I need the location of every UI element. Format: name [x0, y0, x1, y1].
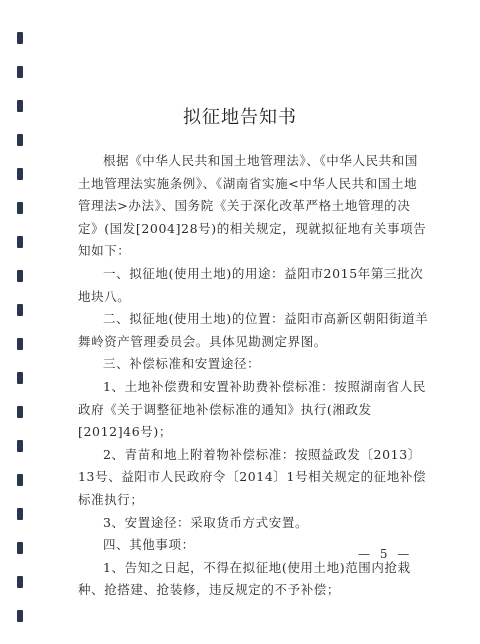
- binding-mark: [17, 474, 23, 486]
- document-body: 根据《中华人民共和国土地管理法》、《中华人民共和国土地管理法实施条例》、《湖南省…: [78, 150, 430, 602]
- binding-mark: [17, 508, 23, 520]
- paragraph-legal-basis: 根据《中华人民共和国土地管理法》、《中华人民共和国土地管理法实施条例》、《湖南省…: [78, 150, 430, 263]
- binding-mark: [17, 406, 23, 418]
- binding-mark: [17, 542, 23, 554]
- paragraph-land-use: 一、拟征地(使用土地)的用途：益阳市2015年第三批次地块八。: [78, 263, 430, 308]
- binding-mark: [17, 32, 23, 44]
- paragraph-land-compensation: 1、土地补偿费和安置补助费补偿标准：按照湖南省人民政府《关于调整征地补偿标准的通…: [78, 376, 430, 444]
- binding-mark: [17, 372, 23, 384]
- paragraph-crops-compensation: 2、青苗和地上附着物补偿标准：按照益政发〔2013〕13号、益阳市人民政府令〔2…: [78, 444, 430, 512]
- binding-mark: [17, 576, 23, 588]
- binding-mark: [17, 338, 23, 350]
- binding-mark: [17, 610, 23, 622]
- binding-mark: [17, 440, 23, 452]
- binding-mark: [17, 270, 23, 282]
- paragraph-prohibition: 1、告知之日起，不得在拟征地(使用土地)范围内抢栽种、抢搭建、抢装修，违反规定的…: [78, 557, 430, 602]
- paragraph-compensation-heading: 三、补偿标准和安置途径：: [78, 353, 430, 376]
- paragraph-location: 二、拟征地(使用土地)的位置：益阳市高新区朝阳街道羊舞岭资产管理委员会。具体见勘…: [78, 308, 430, 353]
- binding-mark: [17, 304, 23, 316]
- document-title: 拟征地告知书: [0, 103, 480, 129]
- binding-mark: [17, 202, 23, 214]
- binding-mark: [17, 66, 23, 78]
- page-number: — 5 —: [358, 547, 412, 561]
- binding-mark: [17, 168, 23, 180]
- paragraph-resettlement: 3、安置途径：采取货币方式安置。: [78, 512, 430, 535]
- binding-mark: [17, 134, 23, 146]
- binding-mark: [17, 236, 23, 248]
